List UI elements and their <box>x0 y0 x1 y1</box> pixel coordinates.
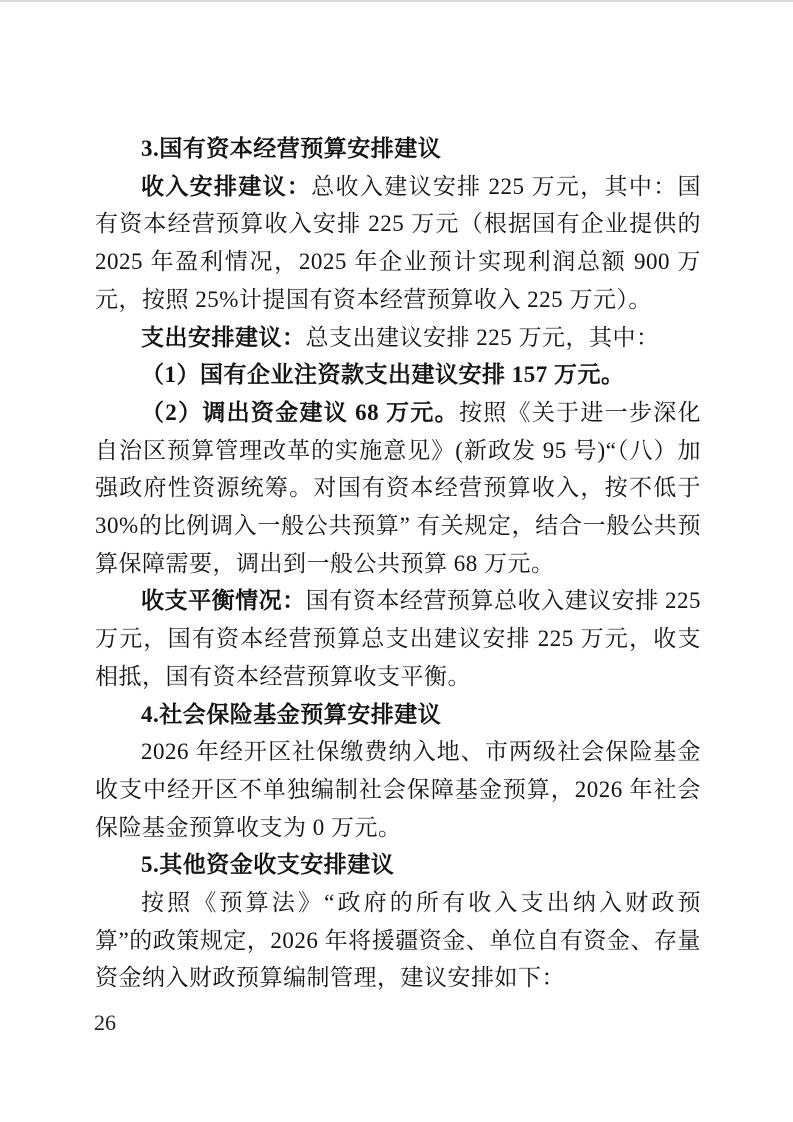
paragraph-expense-text: 总支出建议安排 225 万元，其中： <box>306 325 660 350</box>
expense-item-2-lead: （2）调出资金建议 68 万元。 <box>141 400 459 425</box>
paragraph-income-lead: 收入安排建议： <box>141 174 311 199</box>
paragraph-expense-arrangement: 支出安排建议：总支出建议安排 225 万元，其中： <box>95 319 701 357</box>
paragraph-balance-lead: 收支平衡情况： <box>141 588 306 613</box>
paragraph-income-arrangement: 收入安排建议：总收入建议安排 225 万元，其中：国有资本经营预算收入安排 22… <box>95 168 701 319</box>
paragraph-expense-lead: 支出安排建议： <box>141 325 306 350</box>
page-top-edge <box>0 0 793 2</box>
paragraph-balance: 收支平衡情况：国有资本经营预算总收入建议安排 225 万元，国有资本经营预算总支… <box>95 582 701 695</box>
section-heading-5: 5.其他资金收支安排建议 <box>95 846 701 884</box>
expense-item-2-text: 按照《关于进一步深化自治区预算管理改革的实施意见》(新政发 95 号)“（八）加… <box>95 400 701 576</box>
section-heading-3: 3.国有资本经营预算安排建议 <box>95 130 701 168</box>
expense-item-1: （1）国有企业注资款支出建议安排 157 万元。 <box>95 356 701 394</box>
document-body: 3.国有资本经营预算安排建议 收入安排建议：总收入建议安排 225 万元，其中：… <box>95 130 701 997</box>
page-number: 26 <box>94 1008 116 1038</box>
paragraph-social-insurance: 2026 年经开区社保缴费纳入地、市两级社会保险基金收支中经开区不单独编制社会保… <box>95 733 701 846</box>
document-page: 3.国有资本经营预算安排建议 收入安排建议：总收入建议安排 225 万元，其中：… <box>0 0 793 1122</box>
section-heading-4: 4.社会保险基金预算安排建议 <box>95 696 701 734</box>
paragraph-other-funds: 按照《预算法》“政府的所有收入支出纳入财政预算”的政策规定，2026 年将援疆资… <box>95 884 701 997</box>
expense-item-2: （2）调出资金建议 68 万元。按照《关于进一步深化自治区预算管理改革的实施意见… <box>95 394 701 583</box>
